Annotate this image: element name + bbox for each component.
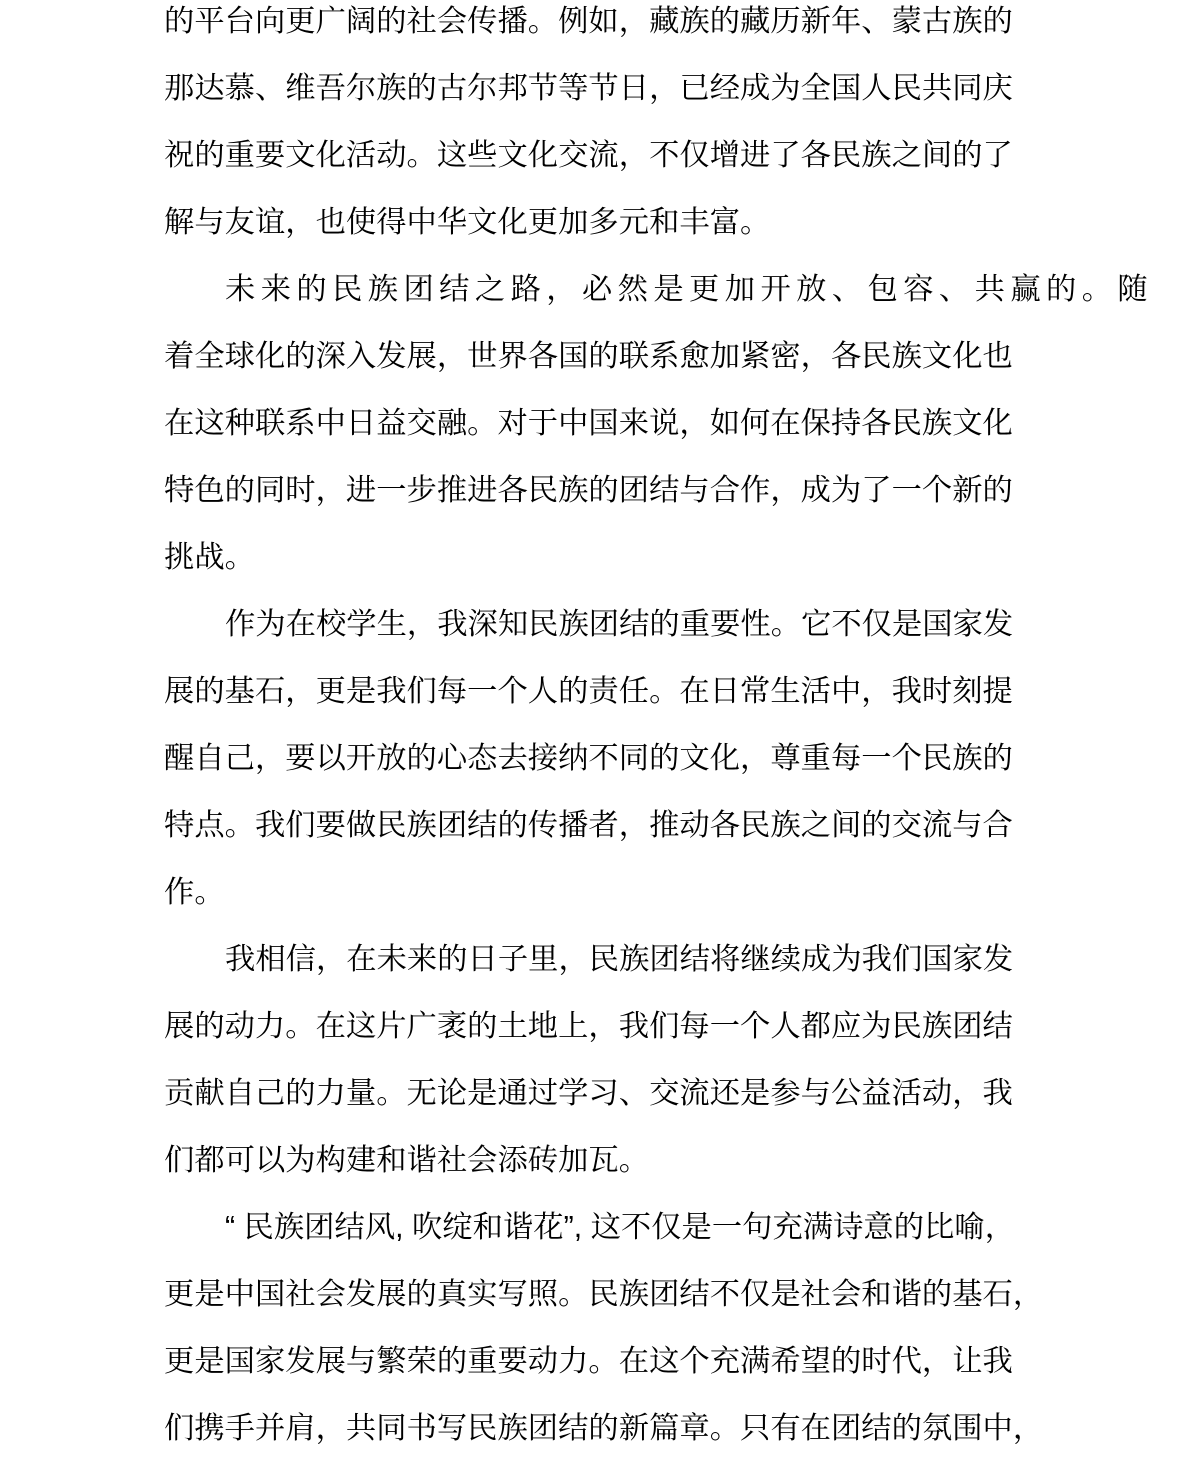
text-line: “ 民族团结风, 吹绽和谐花”, 这不仅是一句充满诗意的比喻，	[164, 1194, 1015, 1261]
text-line: 祝的重要文化活动。这些文化交流，不仅增进了各民族之间的了	[164, 122, 1015, 189]
text-line: 我相信，在未来的日子里，民族团结将继续成为我们国家发	[164, 926, 1015, 993]
text-line: 着全球化的深入发展，世界各国的联系愈加紧密，各民族文化也	[164, 323, 1015, 390]
text-line: 贡献自己的力量。无论是通过学习、交流还是参与公益活动，我	[164, 1060, 1015, 1127]
text-line: 展的基石，更是我们每一个人的责任。在日常生活中，我时刻提	[164, 658, 1015, 725]
text-line: 挑战。	[164, 524, 1015, 591]
text-line: 们都可以为构建和谐社会添砖加瓦。	[164, 1127, 1015, 1194]
text-line: 作为在校学生，我深知民族团结的重要性。它不仅是国家发	[164, 591, 1015, 658]
text-line: 展的动力。在这片广袤的土地上，我们每一个人都应为民族团结	[164, 993, 1015, 1060]
text-line: 更是国家发展与繁荣的重要动力。在这个充满希望的时代，让我	[164, 1328, 1015, 1395]
text-line: 未来的民族团结之路，必然是更加开放、包容、共赢的。随	[164, 256, 1015, 323]
text-line: 在这种联系中日益交融。对于中国来说，如何在保持各民族文化	[164, 390, 1015, 457]
document-page: 的平台向更广阔的社会传播。例如，藏族的藏历新年、蒙古族的那达慕、维吾尔族的古尔邦…	[0, 0, 1179, 1471]
text-line: 特点。我们要做民族团结的传播者，推动各民族之间的交流与合	[164, 792, 1015, 859]
text-line: 的平台向更广阔的社会传播。例如，藏族的藏历新年、蒙古族的	[164, 0, 1015, 55]
text-line: 作。	[164, 859, 1015, 926]
text-line: 那达慕、维吾尔族的古尔邦节等节日，已经成为全国人民共同庆	[164, 55, 1015, 122]
text-line: 特色的同时，进一步推进各民族的团结与合作，成为了一个新的	[164, 457, 1015, 524]
text-line: 更是中国社会发展的真实写照。民族团结不仅是社会和谐的基石，	[164, 1261, 1015, 1328]
text-line: 醒自己，要以开放的心态去接纳不同的文化，尊重每一个民族的	[164, 725, 1015, 792]
document-text: 的平台向更广阔的社会传播。例如，藏族的藏历新年、蒙古族的那达慕、维吾尔族的古尔邦…	[164, 0, 1015, 1462]
text-line: 解与友谊，也使得中华文化更加多元和丰富。	[164, 189, 1015, 256]
text-line: 们携手并肩，共同书写民族团结的新篇章。只有在团结的氛围中，	[164, 1395, 1015, 1462]
